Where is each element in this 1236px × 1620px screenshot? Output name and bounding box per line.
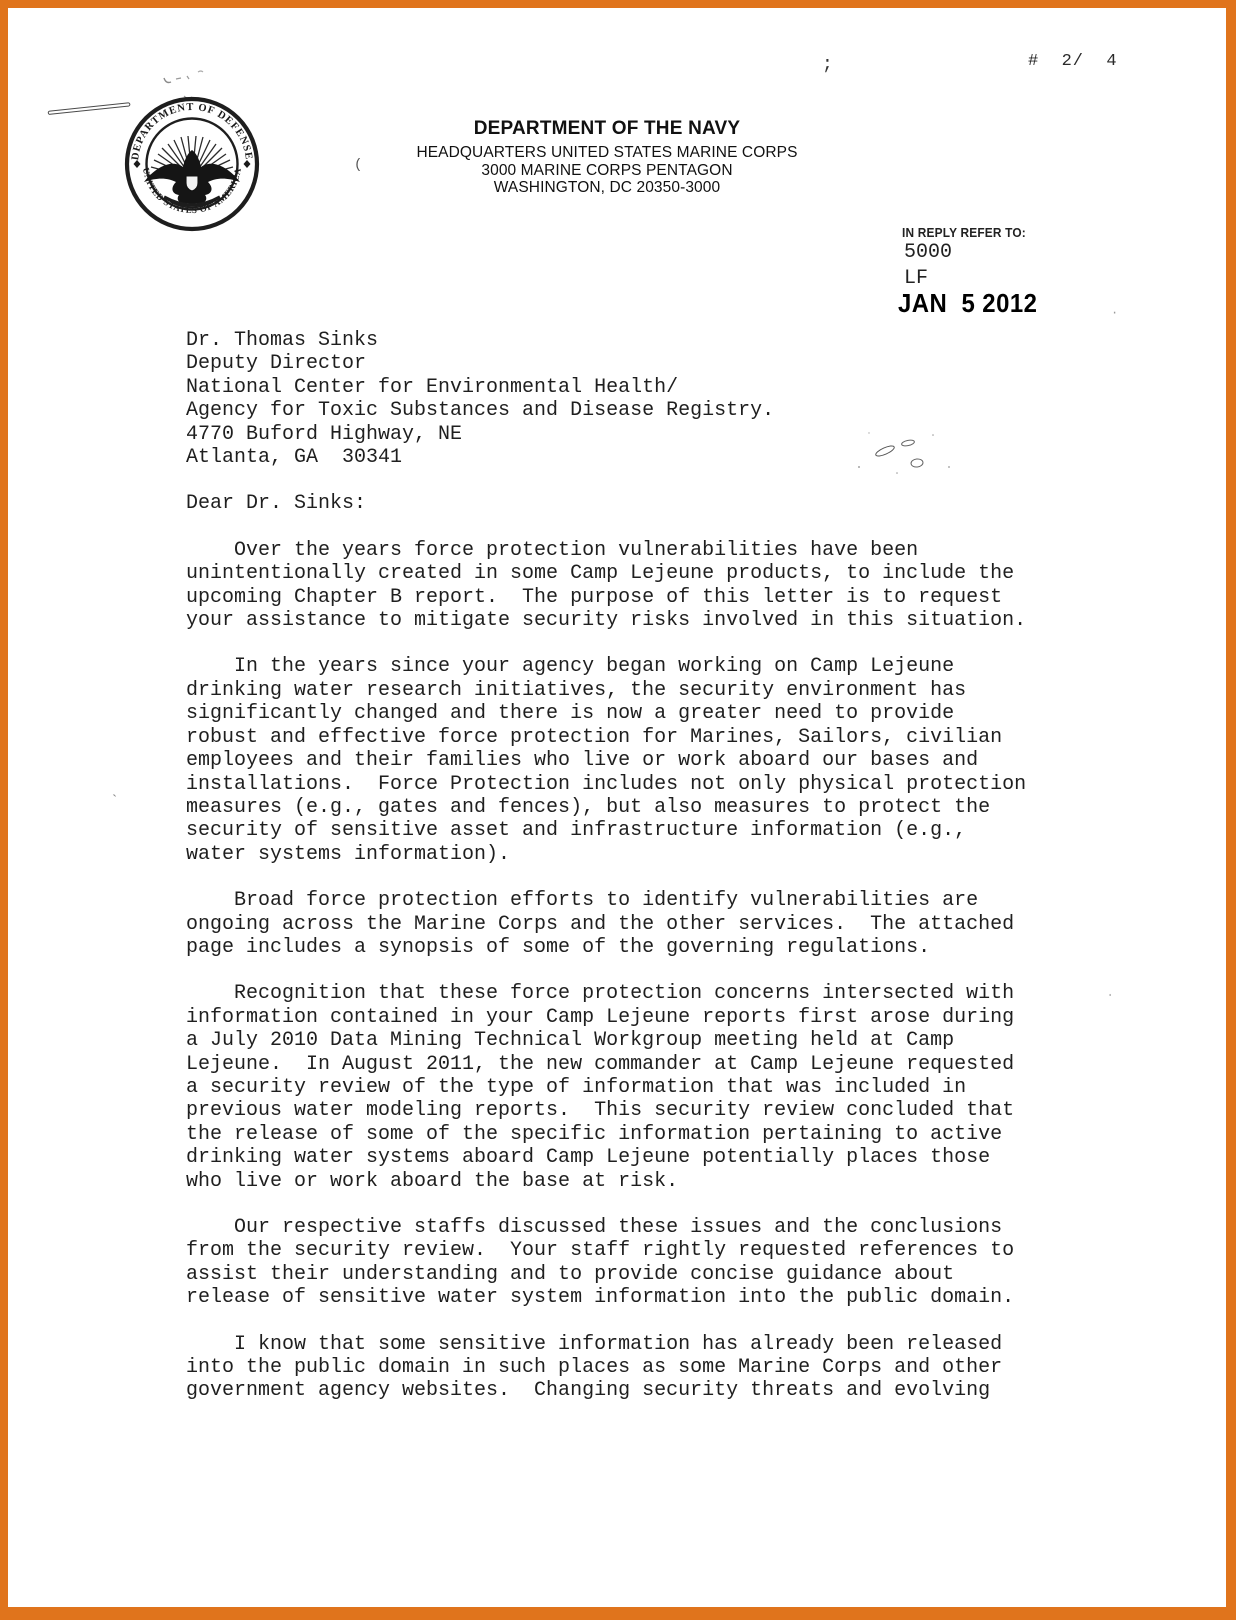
paragraph-2: In the years since your agency began wor… — [186, 655, 1066, 866]
reference-code: 5000 — [904, 242, 952, 264]
paragraph-6: I know that some sensitive information h… — [186, 1333, 1066, 1403]
paragraph-3: Broad force protection efforts to identi… — [186, 889, 1066, 959]
reply-refer-label: IN REPLY REFER TO: — [902, 226, 1026, 240]
paragraph-1: Over the years force protection vulnerab… — [186, 539, 1066, 633]
letterhead-line3: 3000 MARINE CORPS PENTAGON — [0, 162, 1216, 180]
letterhead: DEPARTMENT OF THE NAVY HEADQUARTERS UNIT… — [0, 118, 1216, 197]
scan-artifact-mark: ` — [110, 793, 119, 810]
scan-artifact-mark: · — [1106, 988, 1114, 1004]
originator-code: LF — [904, 268, 928, 290]
letterhead-line2: HEADQUARTERS UNITED STATES MARINE CORPS — [0, 144, 1216, 162]
paragraph-4: Recognition that these force protection … — [186, 982, 1066, 1193]
salutation: Dear Dr. Sinks: — [186, 492, 1066, 515]
date-stamp: JAN 5 2012 — [898, 288, 1037, 319]
scan-artifact-semicolon: ; — [822, 55, 833, 75]
letterhead-line4: WASHINGTON, DC 20350-3000 — [0, 179, 1216, 197]
scan-artifact-mark: · — [1111, 306, 1118, 320]
paragraph-5: Our respective staffs discussed these is… — [186, 1216, 1066, 1310]
letter-body: Dr. Thomas Sinks Deputy Director Nationa… — [186, 329, 1066, 1403]
scanned-letter-page: ( ` · · # 2/ 4 ; DEPARTMENT OF DEFENSE U… — [0, 0, 1236, 1620]
recipient-address: Dr. Thomas Sinks Deputy Director Nationa… — [186, 329, 1066, 469]
fax-page-number: # 2/ 4 — [1028, 52, 1118, 72]
letterhead-title: DEPARTMENT OF THE NAVY — [0, 118, 1216, 140]
